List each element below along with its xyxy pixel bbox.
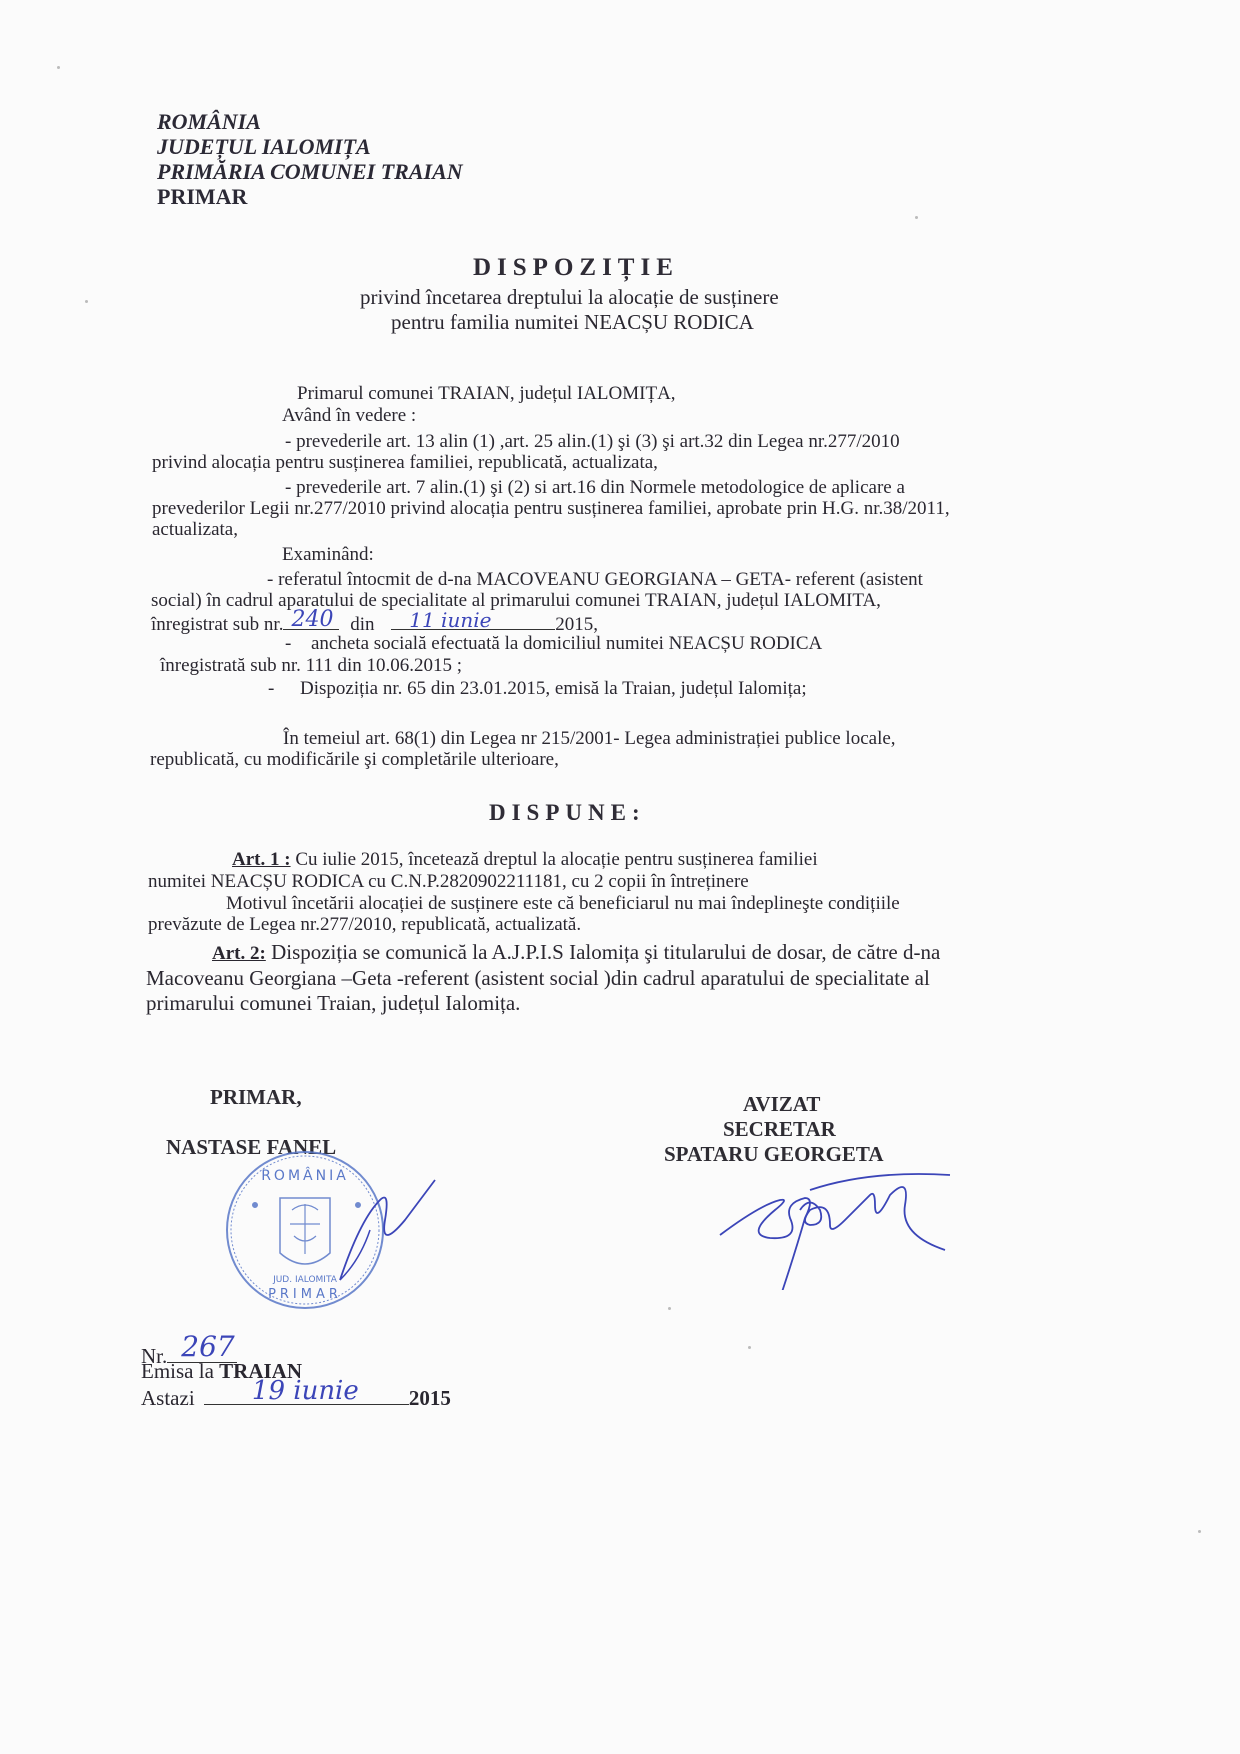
mayor-title: PRIMAR, (210, 1083, 302, 1111)
report-2-line1: ancheta socială efectuată la domiciliul … (311, 633, 822, 655)
article-2-line3: primarului comunei Traian, județul Ialom… (146, 990, 520, 1016)
svg-text:JUD. IALOMITA: JUD. IALOMITA (272, 1275, 338, 1285)
issue-date-label: Astazi (141, 1386, 195, 1410)
article-1-line2: numitei NEACȘU RODICA cu C.N.P.282090221… (148, 871, 749, 893)
legal-basis-line1: În temeiul art. 68(1) din Legea nr 215/2… (283, 728, 896, 750)
provision-2-line1: - prevederile art. 7 alin.(1) şi (2) si … (285, 477, 905, 499)
secretary-signature-icon (700, 1150, 1020, 1290)
article-2-line1: Art. 2: Dispoziția se comunică la A.J.P.… (212, 939, 940, 967)
decision-heading: DISPUNE: (489, 800, 646, 826)
registration-din: din (350, 614, 374, 635)
secretary-title: SECRETAR (723, 1115, 836, 1143)
report-2-dash: - (285, 633, 291, 655)
article-1-text: Cu iulie 2015, încetează dreptul la aloc… (291, 849, 818, 870)
official-stamp-icon: ROMÂNIA PRIMAR JUD. IALOMITA (220, 1140, 440, 1320)
issue-date-year: 2015 (409, 1386, 451, 1410)
article-2-line2: Macoveanu Georgiana –Geta -referent (asi… (146, 965, 930, 991)
report-2-line2: înregistrată sub nr. 111 din 10.06.2015 … (160, 655, 462, 677)
issue-date-field: 19 iunie (204, 1382, 409, 1405)
article-2-text: Dispoziția se comunică la A.J.P.I.S Ialo… (266, 940, 941, 964)
provision-1-line1: - prevederile art. 13 alin (1) ,art. 25 … (285, 431, 900, 453)
provision-2-line2: prevederilor Legii nr.277/2010 privind a… (152, 498, 950, 520)
article-1-label: Art. 1 : (232, 849, 291, 870)
document-subtitle-line2: pentru familia numitei NEACȘU RODICA (391, 308, 754, 336)
registration-prefix: înregistrat sub nr. (151, 614, 283, 635)
report-3-dash: - (268, 678, 274, 700)
document-title: DISPOZIȚIE (473, 254, 679, 282)
svg-text:PRIMAR: PRIMAR (268, 1287, 342, 1302)
header-townhall: PRIMĂRIA COMUNEI TRAIAN (157, 158, 463, 186)
report-3-line1: Dispoziția nr. 65 din 23.01.2015, emisă … (300, 678, 807, 700)
legal-basis-line2: republicată, cu modificările şi completă… (150, 749, 559, 771)
secretary-approved: AVIZAT (743, 1090, 820, 1118)
registration-date-field: 11 iunie (391, 611, 555, 630)
issue-date-handwritten: 19 iunie (252, 1378, 359, 1404)
header-office: PRIMAR (157, 183, 247, 211)
document-number-handwritten: 267 (181, 1334, 234, 1360)
issue-date: Astazi 19 iunie2015 (141, 1382, 451, 1411)
issued-at-label: Emisa la (141, 1359, 219, 1383)
article-2-label: Art. 2: (212, 943, 266, 964)
article-1-line3: Motivul încetării alocației de susținere… (226, 893, 900, 915)
svg-text:ROMÂNIA: ROMÂNIA (261, 1166, 349, 1184)
registration-number-field: 240 (283, 611, 339, 630)
registration-year: 2015, (555, 614, 598, 635)
preamble-intro: Primarul comunei TRAIAN, județul IALOMIȚ… (297, 383, 676, 405)
preamble-examining: Examinând: (282, 544, 374, 566)
registration-number-handwritten: 240 (291, 609, 333, 631)
article-1-line4: prevăzute de Legea nr.277/2010, republic… (148, 914, 581, 936)
header-county: JUDEȚUL IALOMIȚA (157, 133, 371, 161)
registration-date-handwritten: 11 iunie (409, 609, 491, 631)
document-subtitle-line1: privind încetarea dreptului la alocație … (360, 283, 779, 311)
provision-2-line3: actualizata, (152, 519, 238, 541)
article-1-line1: Art. 1 : Cu iulie 2015, încetează dreptu… (232, 849, 818, 871)
report-1-line2: social) în cadrul aparatului de speciali… (151, 590, 881, 612)
provision-1-line2: privind alocația pentru susținerea famil… (152, 452, 658, 474)
report-1-line1: - referatul întocmit de d-na MACOVEANU G… (267, 569, 923, 591)
header-country: ROMÂNIA (157, 108, 261, 136)
preamble-having-regard: Având în vedere : (282, 405, 416, 427)
